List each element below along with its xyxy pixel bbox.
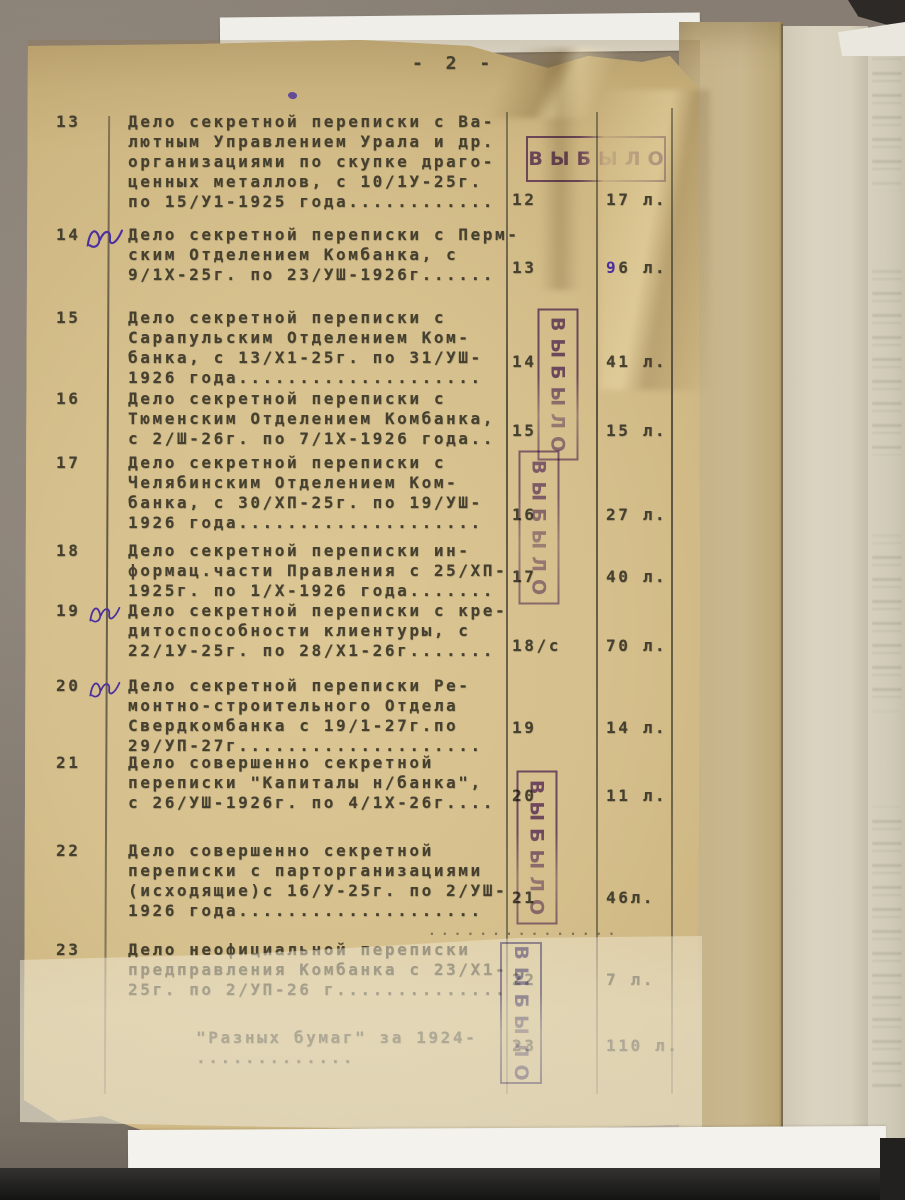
entry-text-line: (исходящие)с 16/У-25г. по 2/УШ-: [128, 881, 507, 901]
entry-text-line: 1926 года....................: [128, 368, 483, 388]
entry-text-line: формац.части Правления с 25/ХП-: [128, 561, 507, 581]
sheet-count-cell: 46л.: [606, 888, 655, 908]
entry-text-line: лютным Управлением Урала и др.: [128, 132, 495, 152]
entry-text-line: с 2/Ш-26г. по 7/1Х-1926 года..: [128, 429, 495, 449]
entry-number: 18: [56, 541, 80, 561]
sheet-count-cell: 70 л.: [606, 636, 667, 656]
entry-text-line: 1926 года....................: [128, 901, 483, 921]
sheet-count-cell: 15 л.: [606, 421, 667, 441]
entry-text-line: банка, с 13/Х1-25г. по 31/УШ-: [128, 348, 483, 368]
vybylo-stamp-horizontal: ВЫБЫЛО: [526, 136, 666, 182]
entry-text-line: организациями по скупке драго-: [128, 152, 495, 172]
entry-text-line: Дело секретной переписки с: [128, 308, 446, 328]
vybylo-stamp-vertical-1: ВЫБЫЛО: [538, 309, 579, 461]
sheet-count-cell: 17 л.: [606, 190, 667, 210]
entry-text-line: 25г. по 2/УП-26 г..............: [128, 980, 507, 1000]
entry-number: 23: [56, 940, 80, 960]
entry-number: 17: [56, 453, 80, 473]
inventory-number-cell: 15: [512, 421, 536, 441]
entry-text-line: предправления Комбанка с 23/Х1-: [128, 960, 507, 980]
entry-number: 16: [56, 389, 80, 409]
entry-text-line: банка, с 30/ХП-25г. по 19/УШ-: [128, 493, 483, 513]
entry-text-line: 9/1Х-25г. по 23/УШ-1926г......: [128, 265, 495, 285]
entry-text-line: Дело секретной переписки с кре-: [128, 601, 507, 621]
entry-text-line: Дело секретной переписки с Ва-: [128, 112, 495, 132]
inventory-number-cell: 19: [512, 718, 536, 738]
sheet-count-cell: 96 л.: [606, 258, 667, 278]
entry-number: 14: [56, 225, 80, 245]
entry-text-line: Дело секретной переписки с Перм-: [128, 225, 519, 245]
entry-number: 20: [56, 676, 80, 696]
entry-number: 13: [56, 112, 80, 132]
sheet-count-cell: 11 л.: [606, 786, 667, 806]
entry-text-line: переписки "Капиталы н/банка",: [128, 773, 483, 793]
sheet-count-cell: 40 л.: [606, 567, 667, 587]
entry-text-line: Дело совершенно секретной: [128, 841, 434, 861]
entry-text-line: Сарапульским Отделением Ком-: [128, 328, 471, 348]
entry-number: 21: [56, 753, 80, 773]
inventory-number-cell: 14: [512, 352, 536, 372]
entry-text-line: Дело секретной переписки с: [128, 453, 446, 473]
entry-text-line: монтно-строительного Отдела: [128, 696, 458, 716]
sheet-count-cell: 7 л.: [606, 970, 655, 990]
entry-text-line: ценных металлов, с 10/1У-25г.: [128, 172, 483, 192]
entry-text-line: Дело секретной переписки Ре-: [128, 676, 471, 696]
entry-text-line: с 26/УШ-1926г. по 4/1Х-26г....: [128, 793, 495, 813]
ink-overwritten-digit: 9: [606, 258, 618, 277]
entry-text-line: 1926 года....................: [128, 513, 483, 533]
sheet-count-cell: 14 л.: [606, 718, 667, 738]
entry-text-line: Тюменским Отделением Комбанка,: [128, 409, 495, 429]
sheet-count-cell: 41 л.: [606, 352, 667, 372]
entry-text-line: 22/1У-25г. по 28/Х1-26г.......: [128, 641, 495, 661]
entry-number: 15: [56, 308, 80, 328]
handwritten-ink-mark: [85, 599, 124, 631]
entry-text-line: "Разных бумаг" за 1924-: [196, 1028, 477, 1048]
inventory-table: 13Дело секретной переписки с Ва-лютным У…: [0, 0, 905, 1200]
inventory-number-cell: 12: [512, 190, 536, 210]
scanner-black-band: [0, 1168, 905, 1200]
photo-dark-corner-bottom: [880, 1138, 905, 1200]
entry-text-line: ским Отделением Комбанка, с: [128, 245, 458, 265]
handwritten-ink-mark: [85, 674, 124, 706]
vybylo-stamp-vertical-3: ВЫБЫЛО: [517, 771, 558, 925]
sheet-count-cell: 27 л.: [606, 505, 667, 525]
handwritten-ink-mark: [82, 220, 128, 258]
entry-text-line: Дело секретной переписки ин-: [128, 541, 471, 561]
entry-text-line: Дело неофициальной переписки: [128, 940, 471, 960]
stray-dots: ...............: [428, 922, 620, 942]
entry-text-line: .............: [196, 1048, 355, 1068]
entry-text-line: 1925г. по 1/Х-1926 года.......: [128, 581, 495, 601]
entry-text-line: Дело совершенно секретной: [128, 753, 434, 773]
entry-number: 22: [56, 841, 80, 861]
entry-text-line: дитоспособности клиентуры, с: [128, 621, 471, 641]
entry-text-line: Дело секретной переписки с: [128, 389, 446, 409]
inventory-number-cell: 13: [512, 258, 536, 278]
entry-text-line: Челябинским Отделением Ком-: [128, 473, 458, 493]
entry-number: 19: [56, 601, 80, 621]
sheet-count-cell: 110 л.: [606, 1036, 679, 1056]
inventory-number-cell: 18/с: [512, 636, 561, 656]
entry-text-line: Свердкомбанка с 19/1-27г.по: [128, 716, 458, 736]
entry-text-line: по 15/У1-1925 года............: [128, 192, 495, 212]
vybylo-stamp-vertical-2: ВЫБЫЛО: [519, 451, 560, 605]
entry-text-line: переписки с парторганизациями: [128, 861, 483, 881]
vybylo-stamp-vertical-4-faded: ВЫБЫЛО: [500, 942, 542, 1084]
